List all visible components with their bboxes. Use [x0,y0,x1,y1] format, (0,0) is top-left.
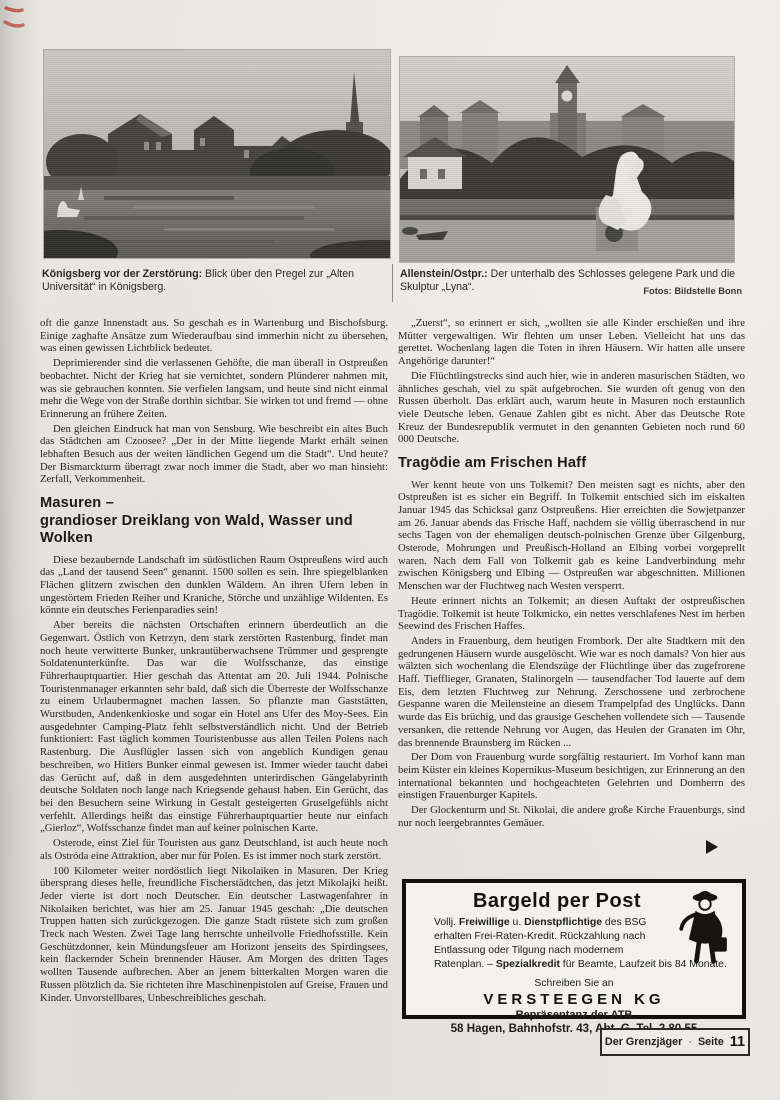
paragraph: Diese bezaubernde Landschaft im südöstli… [40,554,388,618]
ad-company-name: VERSTEEGEN KG [406,991,742,1008]
ad-line: erhalten Frei-Raten-Kredit. Rückzahlung … [434,930,672,944]
paragraph: 100 Kilometer weiter nordöstlich liegt N… [40,865,388,1005]
ad-subtitle: Repräsentanz der ATB [406,1009,742,1021]
page-word: Seite [698,1036,724,1048]
caption-koenigsberg-lead: Königsberg vor der Zerstörung: [42,268,202,280]
continuation-arrow-icon [706,840,718,854]
paragraph: Den gleichen Eindruck hat man von Sensbu… [40,423,388,487]
koenigsberg-photo-art [44,50,390,258]
paragraph: Aber bereits die nächsten Ortschaften er… [40,619,388,835]
right-column: „Zuerst“, so erinnert er sich, „wollten … [398,317,745,877]
page-number: 11 [730,1034,745,1050]
footer-page-badge: Der Grenzjäger · Seite 11 [600,1028,750,1056]
paragraph: Anders in Frauenburg, dem heutigen Fromb… [398,635,745,749]
paragraph: Deprimierender sind die verlassenen Gehö… [40,357,388,421]
paragraph: Heute erinnert nichts an Tolkemit; an di… [398,595,745,633]
caption-allenstein: Allenstein/Ostpr.: Der unterhalb des Sch… [400,268,744,298]
headline-tragoedie: Tragödie am Frischen Haff [398,455,745,473]
ad-text-bold: Freiwillige [459,917,510,928]
magazine-page: Königsberg vor der Zerstörung: Blick übe… [0,0,780,1100]
headline-masuren: Masuren – grandioser Dreiklang von Wald,… [40,495,388,548]
paragraph: Der Glockenturm und St. Nikolai, die and… [398,804,745,829]
headline-masuren-line2: grandioser Dreiklang von Wald, Wasser un… [40,513,388,548]
businessman-illustration [676,888,734,964]
caption-column-divider [392,264,393,302]
footer-separator: · [688,1036,692,1048]
red-pen-mark [2,2,28,46]
ad-text-bold: Spezialkredit [496,959,560,970]
paragraph: Der Dom von Frauenburg wurde sorgfältig … [398,751,745,802]
ad-text: Ratenplan. – [434,959,496,970]
caption-allenstein-lead: Allenstein/Ostpr.: [400,268,488,280]
ad-line: Vollj. Freiwillige u. Dienstpflichtige d… [434,916,672,930]
ad-text: des BSG [602,917,646,928]
ad-body-text: Vollj. Freiwillige u. Dienstpflichtige d… [434,916,672,972]
ad-text-bold: Dienstpflichtige [524,917,602,928]
ad-cta: Schreiben Sie an [406,978,742,989]
caption-koenigsberg: Königsberg vor der Zerstörung: Blick übe… [42,268,386,294]
photo-koenigsberg [44,50,390,258]
left-column: oft die ganze Innenstadt aus. So geschah… [40,317,388,1055]
headline-masuren-line1: Masuren – [40,495,388,513]
photo-credit: Fotos: Bildstelle Bonn [643,285,742,298]
photo-allenstein [400,57,734,262]
paragraph: Osterode, einst Ziel für Touristen aus g… [40,837,388,862]
ad-title: Bargeld per Post [436,890,678,913]
ad-box: Bargeld per Post Vollj. Freiwillige u. D… [402,879,746,1019]
ad-line: Entlassung oder Tilgung nach modernem [434,944,672,958]
publication-name: Der Grenzjäger [605,1036,682,1048]
paragraph: oft die ganze Innenstadt aus. So geschah… [40,317,388,355]
paragraph: „Zuerst“, so erinnert er sich, „wollten … [398,317,745,368]
paragraph: Die Flüchtlingstrecks sind auch hier, wi… [398,370,745,446]
allenstein-photo-art [400,57,734,262]
ad-text: u. [510,917,524,928]
paragraph: Wer kennt heute von uns Tolkemit? Den me… [398,479,745,593]
ad-text: Vollj. [434,917,459,928]
